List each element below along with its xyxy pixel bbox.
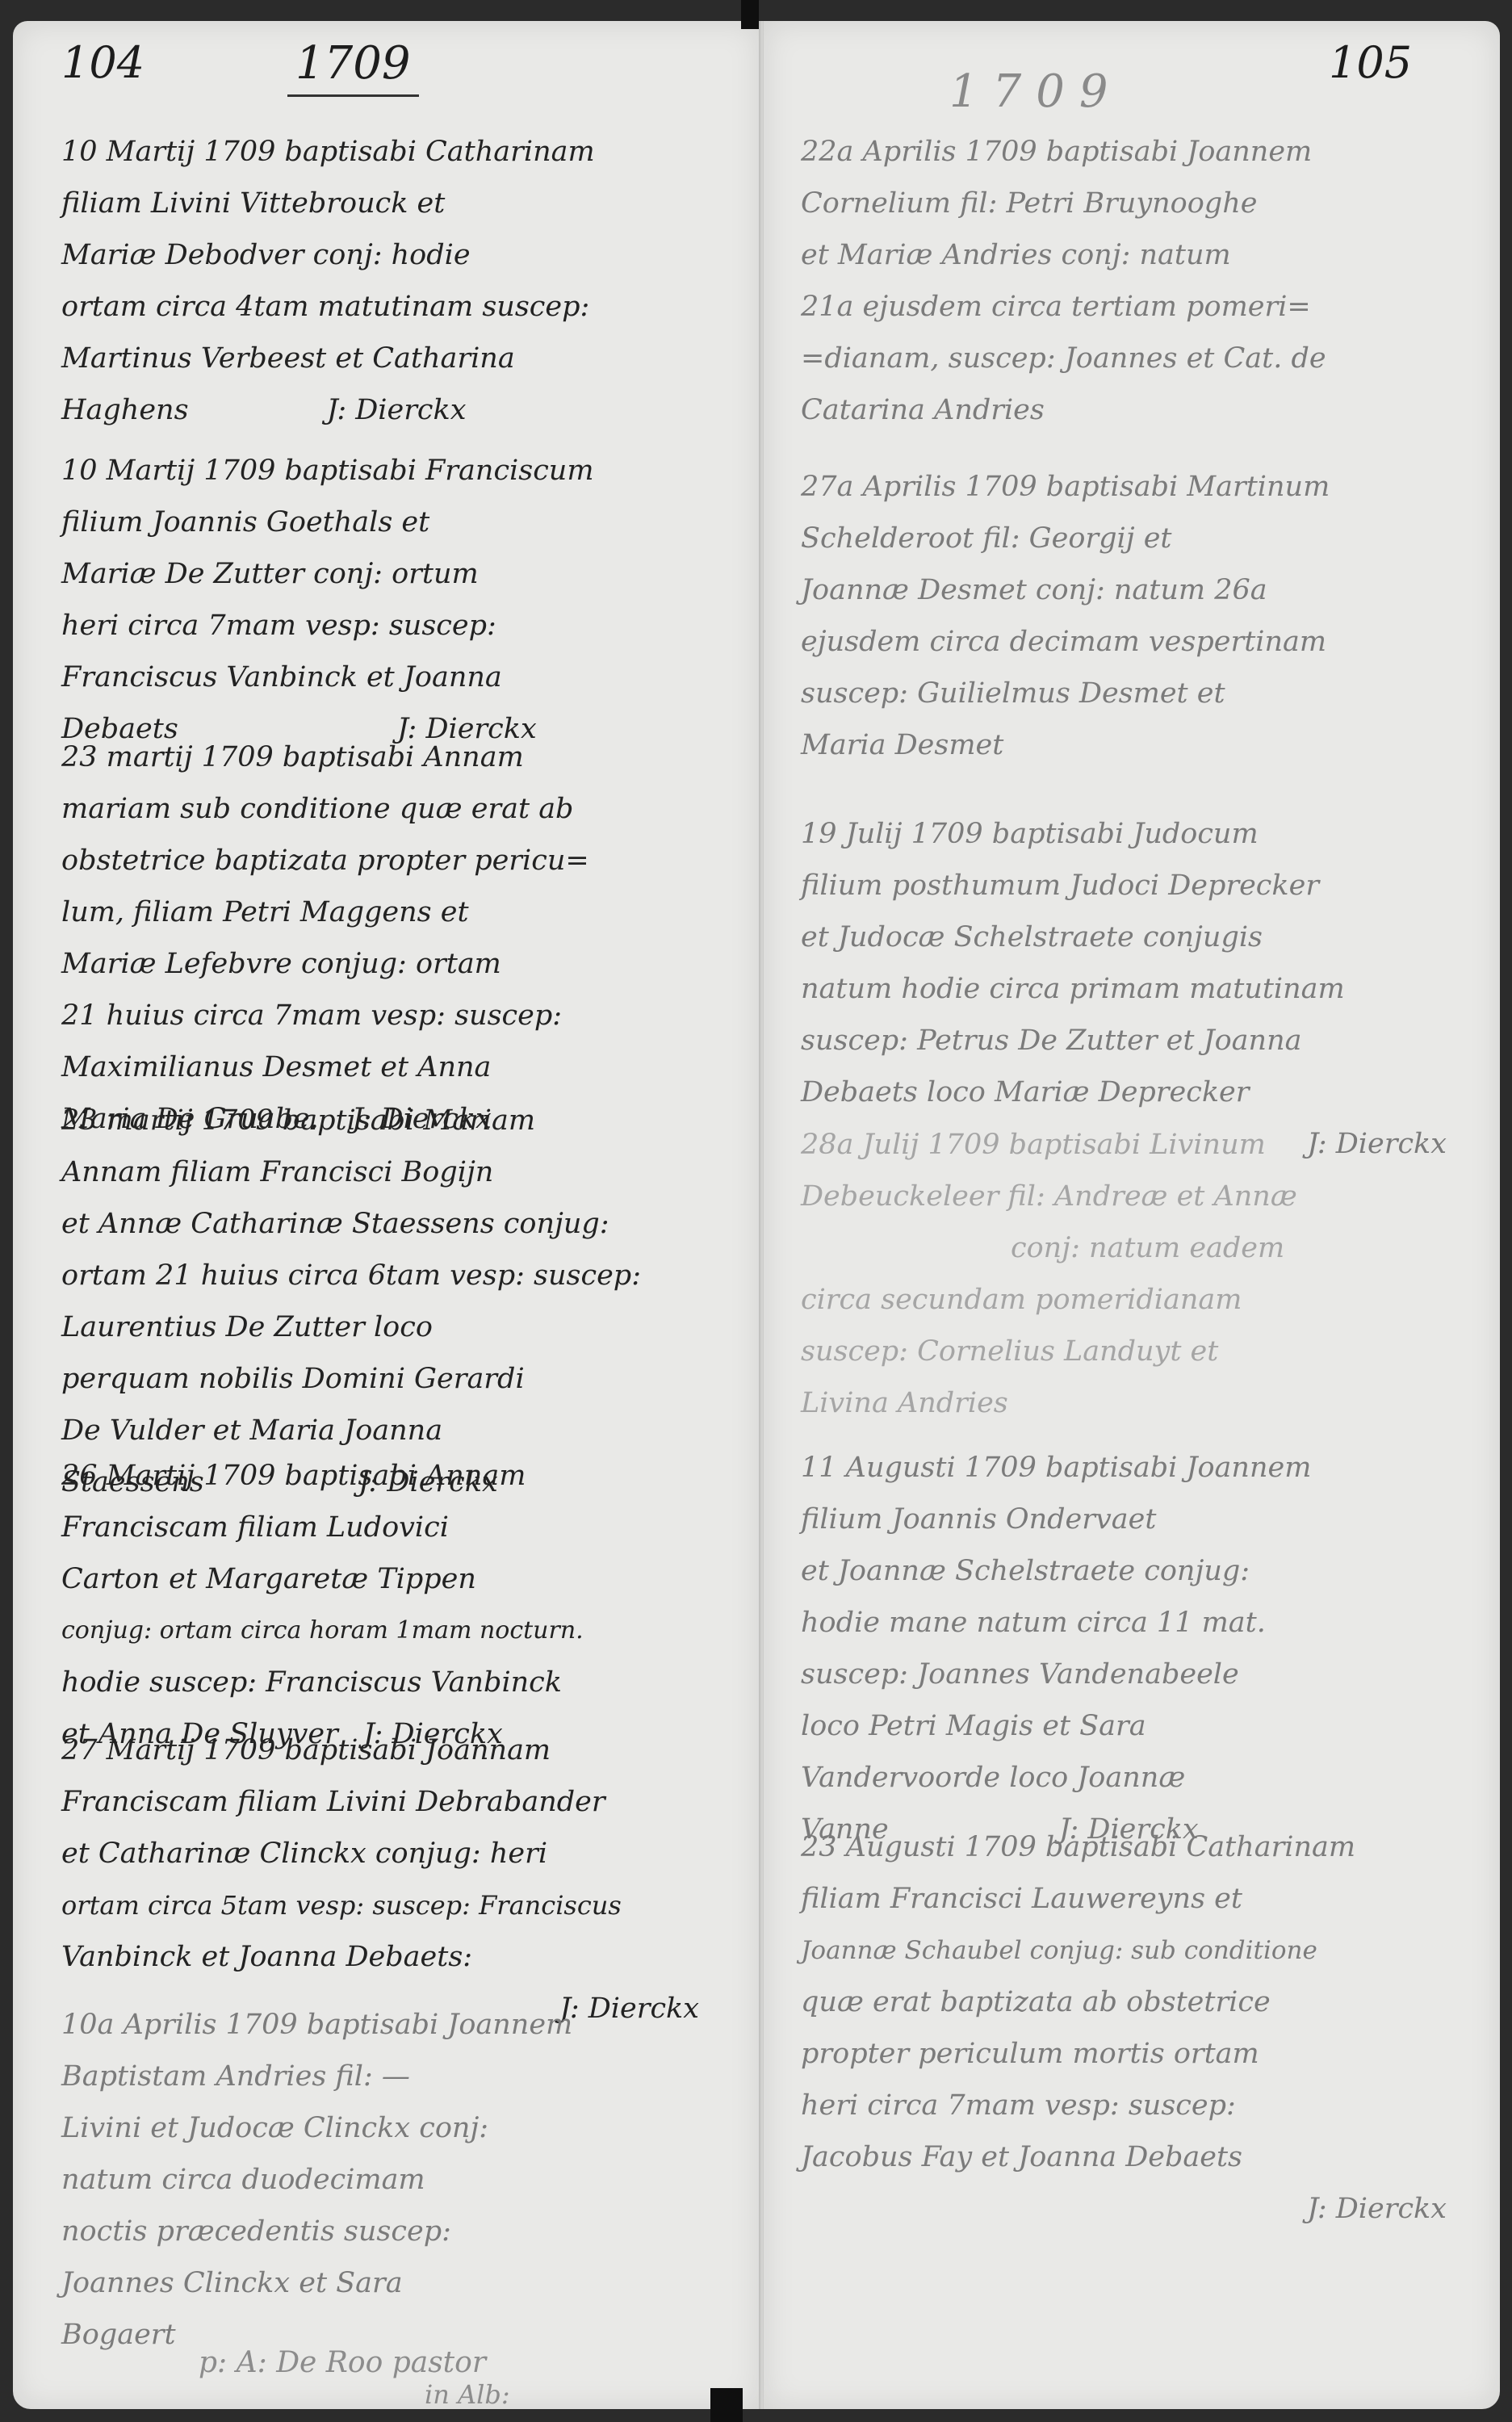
entry-line: et Judocæ Schelstraete conjugis [801, 911, 1479, 963]
entry-line: ortam circa 4tam matutinam suscep: [61, 281, 731, 333]
entry-line: natum circa duodecimam [61, 2154, 731, 2206]
baptism-entry: 11 Augusti 1709 baptisabi Joannem filium… [801, 1442, 1479, 1855]
entry-line: Joannes Clinckx et Sara [61, 2257, 731, 2309]
priest-signature: J: Dierckx [198, 384, 499, 436]
entry-line: suscep: Cornelius Landuyt et [801, 1326, 1479, 1377]
entry-line: Vandervoorde loco Joannæ [801, 1752, 1479, 1804]
entry-line: 21 huius circa 7mam vesp: suscep: [61, 990, 731, 1041]
entry-line: Debaets loco Mariæ Deprecker [801, 1066, 1479, 1118]
entry-line: conj: natum eadem [801, 1222, 1479, 1274]
baptism-entry: 26 Martij 1709 baptisabi Annam Francisca… [61, 1450, 731, 1760]
entry-line: filiam Francisci Lauwereyns et [801, 1873, 1479, 1925]
entry-line: 10a Aprilis 1709 baptisabi Joannem [61, 1999, 731, 2051]
entry-line: et Annæ Catharinæ Staessens conjug: [61, 1198, 731, 1250]
baptism-entry: 28a Julij 1709 baptisabi Livinum Debeuck… [801, 1119, 1479, 1429]
entry-line: et Mariæ Andries conj: natum [801, 229, 1479, 281]
entry-line: hodie mane natum circa 11 mat. [801, 1597, 1479, 1649]
entry-line: De Vulder et Maria Joanna [61, 1405, 731, 1456]
entry-line: suscep: Guilielmus Desmet et [801, 668, 1479, 719]
entry-line: ejusdem circa decimam vespertinam [801, 616, 1479, 668]
year-header-left: 1709 [287, 37, 419, 97]
entry-line: Franciscam filiam Ludovici [61, 1502, 731, 1553]
left-page: 104 1709 10 Martij 1709 baptisabi Cathar… [13, 21, 760, 2409]
entry-line: Baptistam Andries fil: — [61, 2051, 731, 2102]
entry-line: Jacobus Fay et Joanna Debaets [801, 2131, 1479, 2183]
priest-signature: J: Dierckx [801, 2183, 1479, 2235]
entry-line: 10 Martij 1709 baptisabi Catharinam [61, 126, 731, 178]
entry-line: Mariæ Lefebvre conjug: ortam [61, 938, 731, 990]
entry-line: Franciscus Vanbinck et Joanna [61, 652, 731, 703]
entry-line: Cornelium fil: Petri Bruynooghe [801, 178, 1479, 229]
entry-line: Martinus Verbeest et Catharina [61, 333, 731, 384]
entry-line: Haghens [61, 384, 189, 436]
baptism-entry: 23 martij 1709 baptisabi Annam mariam su… [61, 731, 731, 1145]
entry-line: Laurentius De Zutter loco [61, 1301, 731, 1353]
entry-line: ortam 21 huius circa 6tam vesp: suscep: [61, 1250, 731, 1301]
baptism-entry: 23 Augusti 1709 baptisabi Catharinam fil… [801, 1821, 1479, 2235]
entry-line: perquam nobilis Domini Gerardi [61, 1353, 731, 1405]
entry-line: quæ erat baptizata ab obstetrice [801, 1976, 1479, 2028]
entry-line: 27a Aprilis 1709 baptisabi Martinum [801, 461, 1479, 513]
entry-line: loco Petri Magis et Sara [801, 1700, 1479, 1752]
entry-line: 23 Augusti 1709 baptisabi Catharinam [801, 1821, 1479, 1873]
pastor-signature-location: in Alb: [199, 2379, 510, 2410]
entry-line: 23 martij 1709 baptisabi Annam [61, 731, 731, 783]
entry-line: natum hodie circa primam matutinam [801, 963, 1479, 1015]
entry-line: 28a Julij 1709 baptisabi Livinum [801, 1119, 1479, 1171]
entry-line: suscep: Petrus De Zutter et Joanna [801, 1015, 1479, 1066]
entry-line: heri circa 7mam vesp: suscep: [61, 600, 731, 652]
entry-line: Schelderoot fil: Georgij et [801, 513, 1479, 564]
entry-line: suscep: Joannes Vandenabeele [801, 1649, 1479, 1700]
entry-line: noctis præcedentis suscep: [61, 2206, 731, 2257]
baptism-entry: 27 Martij 1709 baptisabi Joannam Francis… [61, 1724, 731, 2034]
entry-line: 19 Julij 1709 baptisabi Judocum [801, 808, 1479, 860]
entry-line: =dianam, suscep: Joannes et Cat. de [801, 333, 1479, 384]
book-spine-top [741, 0, 759, 29]
entry-line: 21a ejusdem circa tertiam pomeri= [801, 281, 1479, 333]
baptism-entry: 10 Martij 1709 baptisabi Franciscum fili… [61, 445, 731, 755]
baptism-entry: 10a Aprilis 1709 baptisabi Joannem Bapti… [61, 1999, 731, 2361]
entry-line: obstetrice baptizata propter pericu= [61, 835, 731, 886]
pastor-signature-line: p: A: De Roo pastor [199, 2346, 486, 2379]
open-register-book: 104 1709 10 Martij 1709 baptisabi Cathar… [13, 21, 1500, 2409]
entry-line: filium Joannis Goethals et [61, 497, 731, 548]
entry-line: hodie suscep: Franciscus Vanbinck [61, 1657, 731, 1708]
baptism-entry: 22a Aprilis 1709 baptisabi Joannem Corne… [801, 126, 1479, 436]
baptism-entry: 19 Julij 1709 baptisabi Judocum filium p… [801, 808, 1479, 1170]
entry-line: 23 martij 1709 baptisabi Mariam [61, 1095, 731, 1146]
entry-line: Livini et Judocæ Clinckx conj: [61, 2102, 731, 2154]
entry-line: mariam sub conditione quæ erat ab [61, 783, 731, 835]
entry-line: conjug: ortam circa horam 1mam nocturn. [61, 1605, 731, 1657]
book-spine-bottom [710, 2388, 743, 2422]
year-header-right: 1709 [949, 65, 1123, 118]
entry-line: 26 Martij 1709 baptisabi Annam [61, 1450, 731, 1502]
entry-line: Joannæ Desmet conj: natum 26a [801, 564, 1479, 616]
entry-line: Franciscam filiam Livini Debrabander [61, 1776, 731, 1828]
entry-line: Annam filiam Francisci Bogijn [61, 1146, 731, 1198]
entry-line: heri circa 7mam vesp: suscep: [801, 2080, 1479, 2131]
entry-line: filium posthumum Judoci Deprecker [801, 860, 1479, 911]
entry-line: Mariæ De Zutter conj: ortum [61, 548, 731, 600]
entry-line: Maximilianus Desmet et Anna [61, 1041, 731, 1093]
entry-line: Joannæ Schaubel conjug: sub conditione [801, 1925, 1479, 1976]
entry-line: et Catharinæ Clinckx conjug: heri [61, 1828, 731, 1879]
entry-line: filiam Livini Vittebrouck et [61, 178, 731, 229]
entry-line: Catarina Andries [801, 384, 1479, 436]
baptism-entry: 23 martij 1709 baptisabi Mariam Annam fi… [61, 1095, 731, 1508]
page-number-right: 105 [1329, 37, 1412, 88]
baptism-entry: 10 Martij 1709 baptisabi Catharinam fili… [61, 126, 731, 436]
entry-line: et Joannæ Schelstraete conjug: [801, 1545, 1479, 1597]
entry-line: 11 Augusti 1709 baptisabi Joannem [801, 1442, 1479, 1494]
right-page: 1709 105 22a Aprilis 1709 baptisabi Joan… [764, 21, 1500, 2409]
entry-line: Vanbinck et Joanna Debaets: [61, 1931, 731, 1983]
entry-line: filium Joannis Ondervaet [801, 1494, 1479, 1545]
entry-line: Livina Andries [801, 1377, 1479, 1429]
entry-line: Carton et Margaretæ Tippen [61, 1553, 731, 1605]
entry-line: Mariæ Debodver conj: hodie [61, 229, 731, 281]
page-number-left: 104 [61, 37, 144, 88]
entry-line: Debeuckeleer fil: Andreæ et Annæ [801, 1171, 1479, 1222]
baptism-entry: 27a Aprilis 1709 baptisabi Martinum Sche… [801, 461, 1479, 771]
entry-line: 10 Martij 1709 baptisabi Franciscum [61, 445, 731, 497]
entry-line: propter periculum mortis ortam [801, 2028, 1479, 2080]
entry-line: ortam circa 5tam vesp: suscep: Franciscu… [61, 1879, 731, 1931]
entry-line: circa secundam pomeridianam [801, 1274, 1479, 1326]
entry-line: 27 Martij 1709 baptisabi Joannam [61, 1724, 731, 1776]
pastor-signature: p: A: De Roo pastor in Alb: [199, 2346, 510, 2410]
entry-line: lum, filiam Petri Maggens et [61, 886, 731, 938]
entry-line: Maria Desmet [801, 719, 1479, 771]
entry-line: 22a Aprilis 1709 baptisabi Joannem [801, 126, 1479, 178]
